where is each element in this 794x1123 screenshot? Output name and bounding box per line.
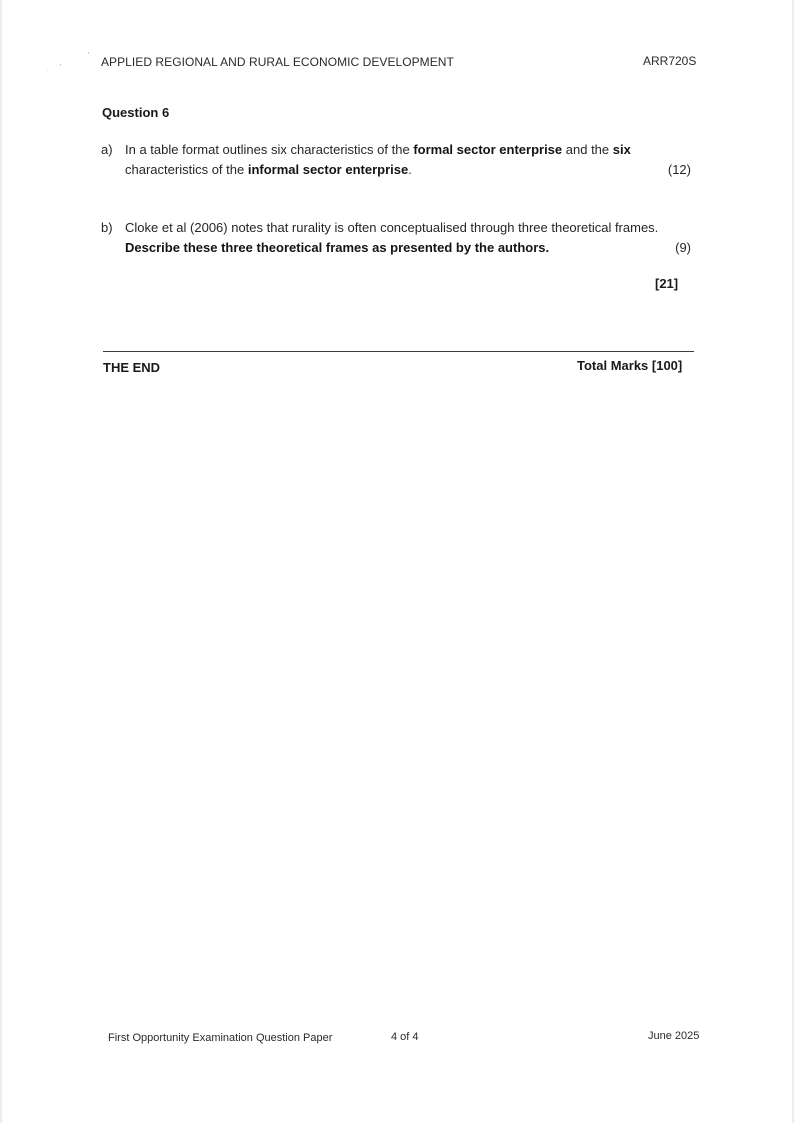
text-run: characteristics of the: [125, 162, 248, 177]
text-run: and the: [562, 142, 613, 157]
divider-line: [103, 351, 694, 352]
question-part-a: a) In a table format outlines six charac…: [101, 140, 691, 180]
text-run: .: [408, 162, 412, 177]
total-marks: Total Marks [100]: [577, 358, 682, 373]
part-text: In a table format outlines six character…: [125, 140, 691, 180]
scan-artifact: ': [88, 52, 89, 59]
course-code: ARR720S: [643, 54, 696, 68]
end-label: THE END: [103, 360, 160, 375]
emphasis-text: six: [613, 142, 631, 157]
question-part-b: b) Cloke et al (2006) notes that ruralit…: [101, 218, 691, 258]
emphasis-text: informal sector enterprise: [248, 162, 408, 177]
footer-page-number: 4 of 4: [391, 1031, 419, 1043]
exam-page: ' . ' APPLIED REGIONAL AND RURAL ECONOMI…: [0, 0, 794, 1123]
scan-artifact: ': [60, 64, 61, 71]
question-title: Question 6: [102, 105, 169, 120]
course-title: APPLIED REGIONAL AND RURAL ECONOMIC DEVE…: [101, 55, 454, 69]
emphasis-text: Describe these three theoretical frames …: [125, 240, 549, 255]
emphasis-text: formal sector enterprise: [413, 142, 562, 157]
text-run: Cloke et al (2006) notes that rurality i…: [125, 220, 658, 235]
footer-paper-label: First Opportunity Examination Question P…: [108, 1032, 332, 1044]
scan-artifact: .: [47, 66, 49, 73]
part-letter: b): [101, 218, 113, 238]
part-marks: (9): [675, 238, 691, 258]
footer-date: June 2025: [648, 1030, 699, 1042]
part-letter: a): [101, 140, 113, 160]
text-run: In a table format outlines six character…: [125, 142, 413, 157]
question-total-marks: [21]: [655, 276, 678, 291]
scan-edge: [0, 0, 2, 1123]
part-marks: (12): [668, 160, 691, 180]
part-text: Cloke et al (2006) notes that rurality i…: [125, 218, 691, 258]
